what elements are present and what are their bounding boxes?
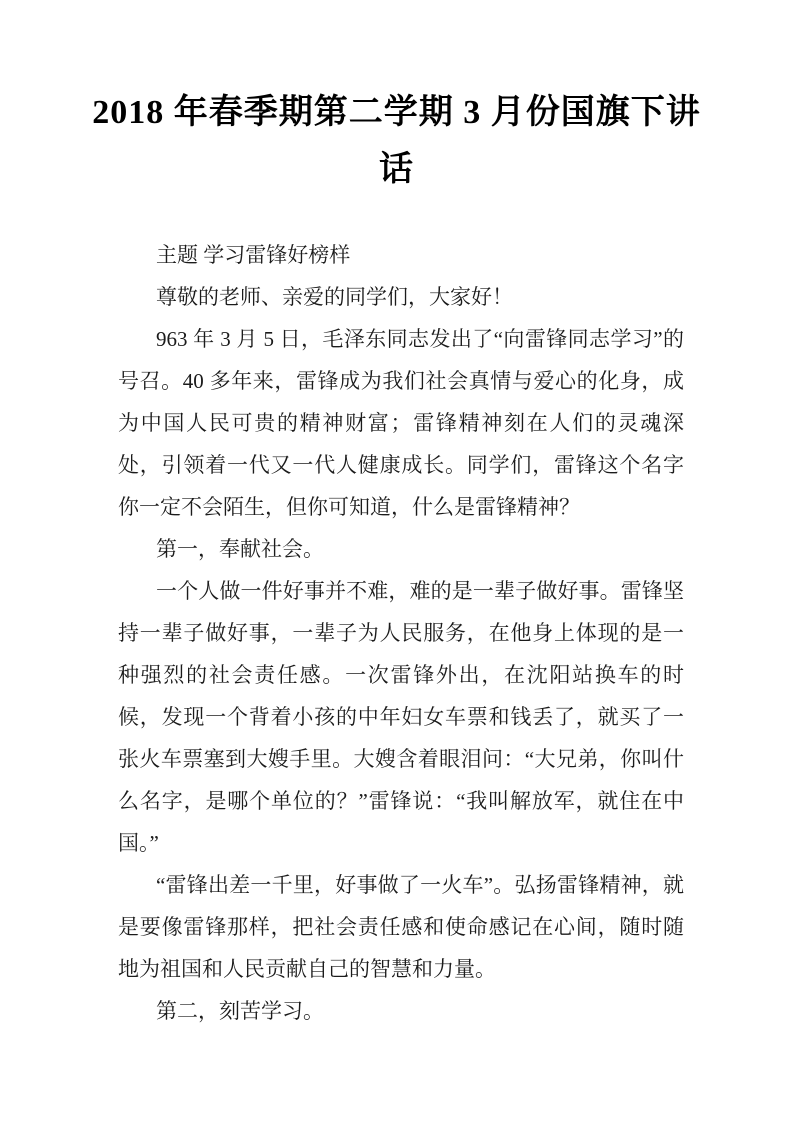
paragraph-topic: 主题 学习雷锋好榜样	[118, 234, 684, 276]
document-title-line2: 话	[379, 151, 414, 188]
paragraph-spirit: “雷锋出差一千里，好事做了一火车”。弘扬雷锋精神，就是要像雷锋那样，把社会责任感…	[118, 864, 684, 990]
document-title: 2018 年春季期第二学期 3 月份国旗下讲话	[87, 0, 707, 198]
document-page: 2018 年春季期第二学期 3 月份国旗下讲话 主题 学习雷锋好榜样 尊敬的老师…	[0, 0, 793, 1122]
paragraph-point-one-heading: 第一，奉献社会。	[118, 528, 684, 570]
paragraph-point-one-body: 一个人做一件好事并不难，难的是一辈子做好事。雷锋坚持一辈子做好事，一辈子为人民服…	[118, 570, 684, 864]
paragraph-point-two-heading: 第二，刻苦学习。	[118, 990, 684, 1032]
paragraph-greeting: 尊敬的老师、亲爱的同学们，大家好！	[118, 276, 684, 318]
document-body: 主题 学习雷锋好榜样 尊敬的老师、亲爱的同学们，大家好！ 963 年 3 月 5…	[118, 234, 684, 1032]
document-title-line1: 2018 年春季期第二学期 3 月份国旗下讲	[92, 94, 701, 131]
paragraph-intro: 963 年 3 月 5 日，毛泽东同志发出了“向雷锋同志学习”的号召。40 多年…	[118, 318, 684, 528]
